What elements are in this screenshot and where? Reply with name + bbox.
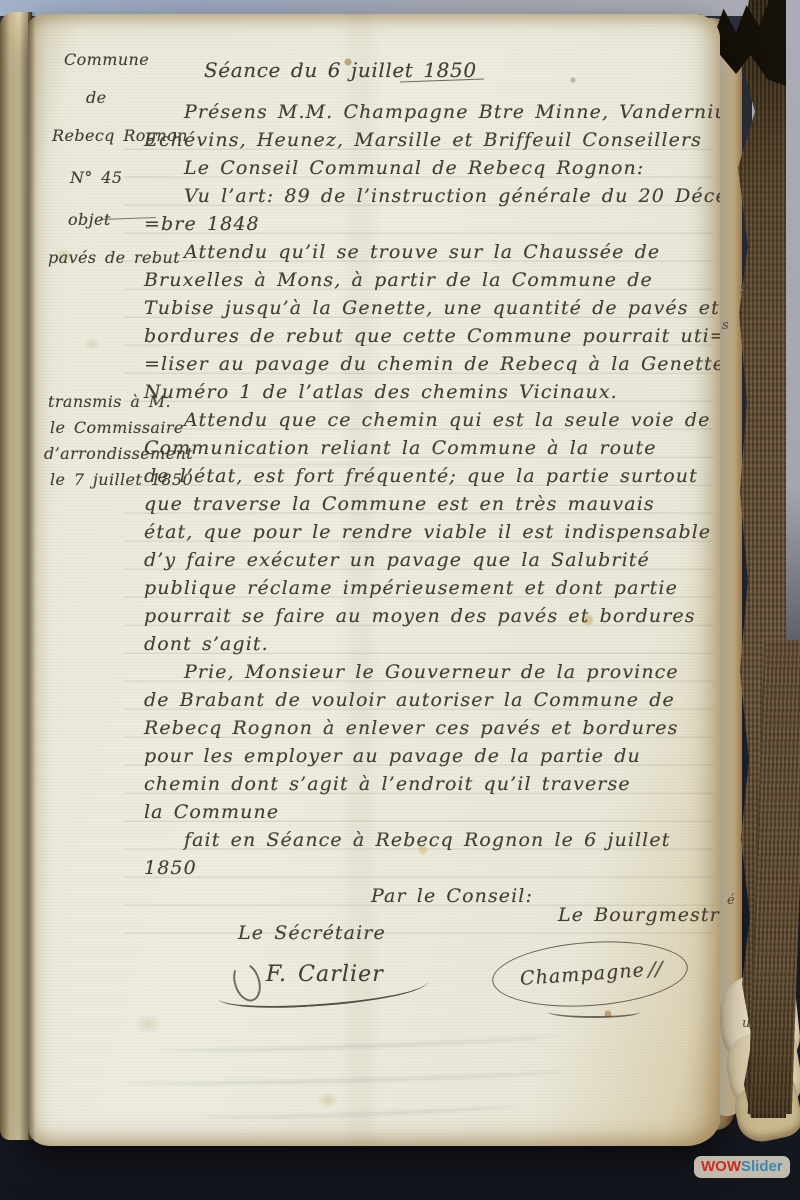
photo-of-register-page: CommunedeRebecq RognonN° 45objetpavés de… bbox=[0, 0, 800, 1200]
handwritten-line: Communication reliant la Commune à la ro… bbox=[144, 434, 720, 462]
handwritten-line: =liser au pavage du chemin de Rebecq à l… bbox=[144, 350, 720, 378]
handwritten-line: Bruxelles à Mons, à partir de la Commune… bbox=[144, 266, 720, 294]
cut-off-letter: 9. bbox=[740, 282, 752, 297]
handwritten-line: Rebecq Rognon à enlever ces pavés et bor… bbox=[144, 714, 720, 742]
handwritten-line: Attendu qu’il se trouve sur la Chaussée … bbox=[144, 238, 720, 266]
signature-flourish bbox=[548, 1006, 640, 1018]
mayor-signature: Champagne bbox=[519, 959, 645, 990]
deliberation-text: Présens M.M. Champagne Btre Minne, Vande… bbox=[144, 98, 720, 910]
secretary-role-label: Le Sécrétaire bbox=[238, 922, 386, 944]
handwritten-line: d’y faire exécuter un pavage que la Salu… bbox=[144, 546, 720, 574]
handwritten-line: Tubise jusqu’à la Genette, une quantité … bbox=[144, 294, 720, 322]
handwritten-line: pour les employer au pavage de la partie… bbox=[144, 742, 720, 770]
gutter-seam-shadow bbox=[28, 12, 36, 1140]
margin-note: Commune bbox=[64, 50, 149, 69]
handwritten-line: de l’état, est fort fréquenté; que la pa… bbox=[144, 462, 720, 490]
handwritten-line: Prie, Monsieur le Gouverneur de la provi… bbox=[144, 658, 720, 686]
handwritten-line: =bre 1848 bbox=[144, 210, 720, 238]
watermark-brand-blue: Slider bbox=[741, 1158, 783, 1175]
handwritten-line: pourrait se faire au moyen des pavés et … bbox=[144, 602, 720, 630]
handwritten-line: la Commune bbox=[144, 798, 720, 826]
handwritten-line: chemin dont s’agit à l’endroit qu’il tra… bbox=[144, 770, 720, 798]
session-heading: Séance du 6 juillet 1850 bbox=[204, 58, 477, 82]
cut-off-letter: s bbox=[722, 318, 729, 333]
watermark-brand-red: WOW bbox=[701, 1158, 741, 1175]
handwritten-line: 1850 bbox=[144, 854, 720, 882]
handwritten-line: Vu l’art: 89 de l’instruction générale d… bbox=[144, 182, 720, 210]
manuscript-page: CommunedeRebecq RognonN° 45objetpavés de… bbox=[28, 14, 720, 1146]
mayor-role-label: Le Bourgmestre bbox=[558, 904, 720, 926]
margin-note: N° 45 bbox=[70, 168, 122, 187]
cut-off-letter: é bbox=[727, 893, 735, 908]
handwritten-line: Présens M.M. Champagne Btre Minne, Vande… bbox=[144, 98, 720, 126]
handwritten-line: Numéro 1 de l’atlas des chemins Vicinaux… bbox=[144, 378, 720, 406]
handwritten-line: dont s’agit. bbox=[144, 630, 720, 658]
handwritten-line: que traverse la Commune est en très mauv… bbox=[144, 490, 720, 518]
margin-note: de bbox=[86, 88, 107, 107]
handwritten-line: état, que pour le rendre viable il est i… bbox=[144, 518, 720, 546]
handwritten-line: bordures de rebut que cette Commune pour… bbox=[144, 322, 720, 350]
paraph-mark bbox=[647, 961, 665, 978]
handwritten-line: fait en Séance à Rebecq Rognon le 6 juil… bbox=[144, 826, 720, 854]
handwritten-line: Attendu que ce chemin qui est la seule v… bbox=[144, 406, 720, 434]
cut-off-letter: ut bbox=[742, 1016, 756, 1031]
wowslider-watermark: WOWSlider bbox=[694, 1156, 790, 1178]
handwritten-line: de Brabant de vouloir autoriser la Commu… bbox=[144, 686, 720, 714]
handwritten-line: Le Conseil Communal de Rebecq Rognon: bbox=[144, 154, 720, 182]
handwritten-line: Echévins, Heunez, Marsille et Briffeuil … bbox=[144, 126, 720, 154]
handwritten-line: publique réclame impérieusement et dont … bbox=[144, 574, 720, 602]
